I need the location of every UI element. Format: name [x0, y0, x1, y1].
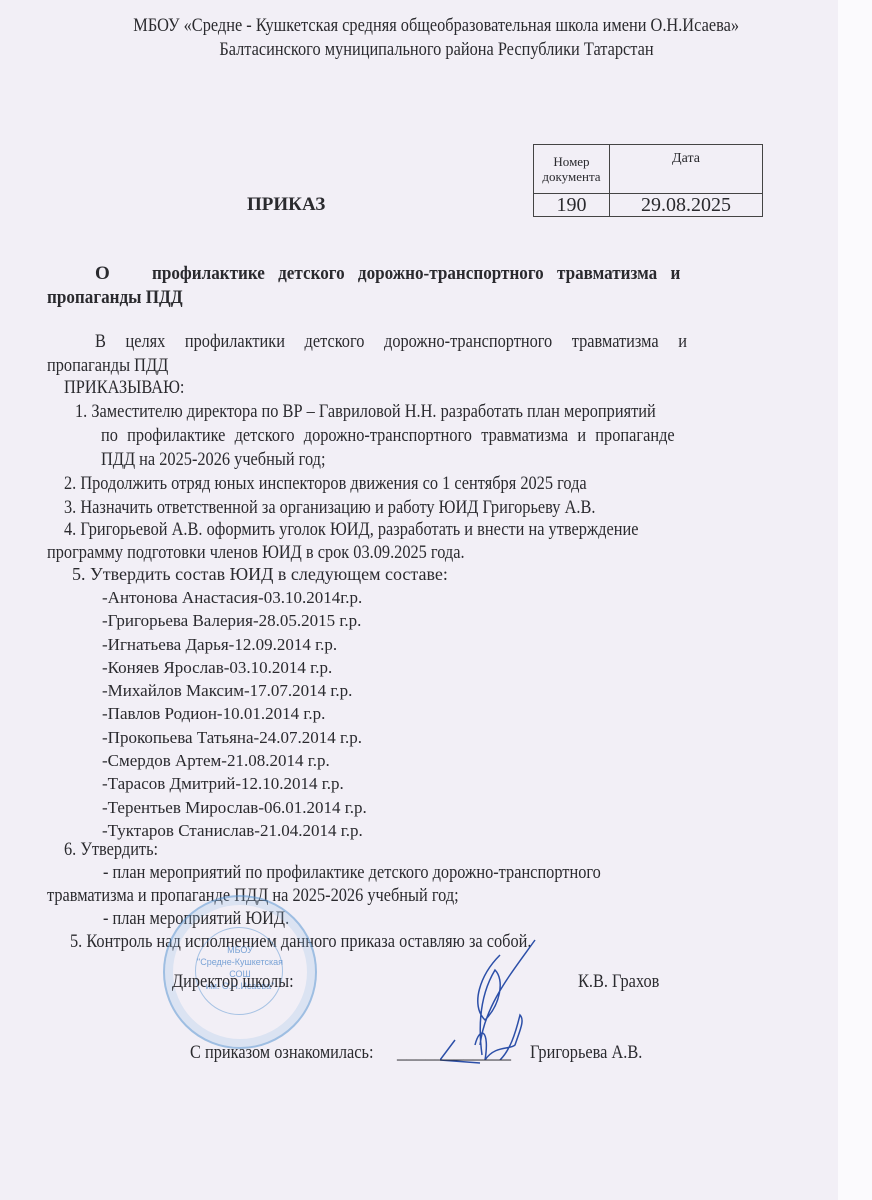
director-name-text: К.В. Грахов	[578, 970, 659, 993]
director-label-text: Директор школы:	[172, 970, 294, 993]
item-1-line1-text: 1. Заместителю директора по ВР – Гаврило…	[75, 400, 656, 423]
order-word-text: ПРИКАЗЫВАЮ:	[64, 376, 184, 399]
order-word: ПРИКАЗЫВАЮ:	[64, 376, 204, 399]
preamble-line1-text: В целях профилактики детского дорожно-тр…	[95, 330, 687, 353]
member: -Прокопьева Татьяна-24.07.2014 г.р.	[102, 726, 367, 749]
subject-line1-text: профилактике детского дорожно-транспортн…	[152, 262, 680, 285]
item-4-line2: программу подготовки членов ЮИД в срок 0…	[47, 541, 533, 564]
ack-name-text: Григорьева А.В.	[530, 1041, 642, 1064]
item-4-line1-text: 4. Григорьевой А.В. оформить уголок ЮИД,…	[64, 518, 638, 541]
stamp-text-line2: "Средне-Кушкетская	[165, 957, 315, 968]
item-1-line3: ПДД на 2025-2026 учебный год;	[101, 448, 362, 471]
item-6-text: 6. Утвердить:	[64, 838, 158, 861]
item-6-a-line2: травматизма и пропаганде ПДД на 2025-202…	[47, 884, 526, 907]
member: -Антонова Анастасия-03.10.2014г.р.	[102, 586, 367, 609]
ack-label-text: С приказом ознакомилась:	[190, 1041, 374, 1064]
item-6-a-line1-text: - план мероприятий по профилактике детск…	[103, 861, 601, 884]
ack-signature-line: ____________	[397, 1041, 511, 1064]
member: -Михайлов Максим-17.07.2014 г.р.	[102, 679, 367, 702]
item-4-line1: 4. Григорьевой А.В. оформить уголок ЮИД,…	[64, 518, 732, 541]
item-5: 5. Утвердить состав ЮИД в следующем сост…	[72, 563, 448, 586]
document-date: 29.08.2025	[610, 194, 763, 217]
document-number: 190	[534, 194, 610, 217]
ack-name: Григорьева А.В.	[530, 1041, 661, 1064]
ack-label: С приказом ознакомилась:	[190, 1041, 403, 1064]
subject-line1: профилактике детского дорожно-транспортн…	[152, 262, 822, 285]
school-name-line: МБОУ «Средне - Кушкетская средняя общеоб…	[0, 15, 872, 37]
subject-line1-start: О	[95, 262, 110, 285]
item-2: 2. Продолжить отряд юных инспекторов дви…	[64, 472, 672, 495]
preamble-line2-text: пропаганды ПДД	[47, 354, 168, 377]
members-list: -Антонова Анастасия-03.10.2014г.р. -Григ…	[102, 586, 367, 842]
date-header: Дата	[610, 145, 763, 194]
subject-line2-text: пропаганды ПДД	[47, 286, 183, 309]
number-header-line1: Номер	[534, 154, 609, 169]
item-3: 3. Назначить ответственной за организаци…	[64, 496, 682, 519]
district-name: Балтасинского муниципального района Респ…	[219, 39, 653, 61]
item-1-line3-text: ПДД на 2025-2026 учебный год;	[101, 448, 326, 471]
member: -Тарасов Дмитрий-12.10.2014 г.р.	[102, 772, 367, 795]
item-6-a-line1: - план мероприятий по профилактике детск…	[103, 861, 682, 884]
member: -Терентьев Мирослав-06.01.2014 г.р.	[102, 796, 367, 819]
document-number-table: Номер документа Дата 190 29.08.2025	[533, 144, 763, 217]
subject-line2: пропаганды ПДД	[47, 286, 198, 309]
item-3-text: 3. Назначить ответственной за организаци…	[64, 496, 595, 519]
preamble-line2: пропаганды ПДД	[47, 354, 188, 377]
item-1-line1: 1. Заместителю директора по ВР – Гаврило…	[75, 400, 750, 423]
item-1-line2-text: по профилактике детского дорожно-транспо…	[101, 424, 675, 447]
item-2-text: 2. Продолжить отряд юных инспекторов дви…	[64, 472, 587, 495]
member: -Григорьева Валерия-28.05.2015 г.р.	[102, 609, 367, 632]
item-6: 6. Утвердить:	[64, 838, 173, 861]
director-label: Директор школы:	[172, 970, 314, 993]
school-name: МБОУ «Средне - Кушкетская средняя общеоб…	[133, 15, 739, 37]
item-4-line2-text: программу подготовки членов ЮИД в срок 0…	[47, 541, 465, 564]
stamp-text-line1: МБОУ	[165, 945, 315, 956]
district-line: Балтасинского муниципального района Респ…	[0, 39, 872, 61]
preamble-line1: В целях профилактики детского дорожно-тр…	[95, 330, 783, 353]
member: -Павлов Родион-10.01.2014 г.р.	[102, 702, 367, 725]
member: -Игнатьева Дарья-12.09.2014 г.р.	[102, 633, 367, 656]
number-header-line2: документа	[534, 169, 609, 184]
member: -Коняев Ярослав-03.10.2014 г.р.	[102, 656, 367, 679]
director-name: К.В. Грахов	[578, 970, 673, 993]
item-1-line2: по профилактике детского дорожно-транспо…	[101, 424, 768, 447]
scan-edge	[838, 0, 872, 1200]
document-title: ПРИКАЗ	[247, 194, 325, 216]
number-header: Номер документа	[534, 145, 610, 194]
member: -Смердов Артем-21.08.2014 г.р.	[102, 749, 367, 772]
